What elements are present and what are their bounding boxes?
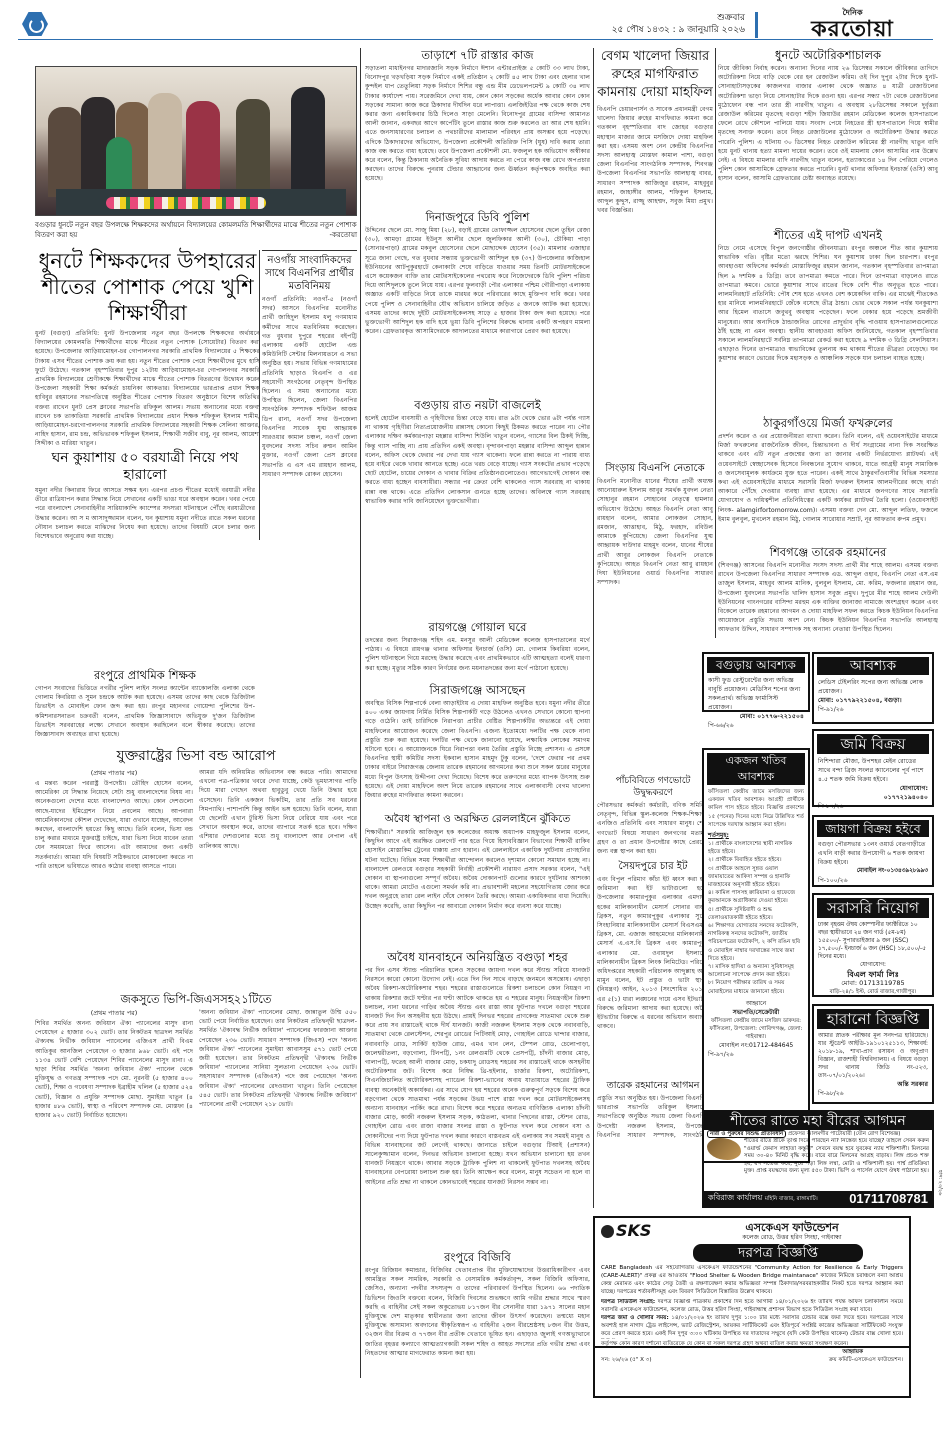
ad-title: একজন খতিব আবশ্যক [707,753,805,785]
tarash-headline: তাড়াশে ৭টি রাস্তার কাজ [365,48,590,62]
column-rule [360,48,361,1378]
ad-sks-tender: SKS এসকেএস ফাউন্ডেশন কলেজ রোড, উত্তর হরি… [593,1216,911,1348]
ad-land-sale: জমি বিক্রয় নিশিন্দারা মৌজা, উপশহর মেইন … [812,729,934,807]
dinajpur-body: উদ্দিনের ছেলে মো. সাজু মিয়া (২৮), বড়াই… [365,226,590,398]
fog-headline: ঘন কুয়াশায় ৫০ বরযাত্রী নিয়ে পথ হারালো [35,450,255,484]
raiganj-body: তদন্তের জন্য সিরাজগঞ্জ শহিদ এম. মনসুর আল… [365,636,590,682]
ad-condition-item: ৩। প্রার্থীকে আহলে সুন্নত ওয়াল জামায়াত… [708,865,804,890]
thakurgaon-headline: ঠাকুরগাঁওয়ে মির্জা ফখরুলের [718,416,938,430]
cold-body: নিচে নেমে এসেছে বিপুল জনগোষ্ঠীর জীবনযাত্… [718,244,938,414]
jakasu-article: জকসুতে ভিপি-জিএসসহ২১টিতে (প্রথম পাতার পর… [35,992,357,1439]
photo-credit: -করতোয়া [329,230,357,240]
tarek-arrival-headline: তারেক রহমানের আগমন [597,1080,709,1092]
rangpur-bgb-article: রংপুরে বিজিবি রংপুর রিজিয়ন কমান্ডার, বি… [365,1250,590,1376]
railway-headline: অবৈধ স্থাপনা ও অরক্ষিত রেললাইনে ঝুঁকিতে [365,812,590,826]
column-rule [593,48,594,1208]
vehicles-body: পর দিন এসব স্ট্যান্ড পরিচালিত হলেও সড়কে… [365,966,590,1206]
ad-title: হারানো বিজ্ঞপ্তি [817,1009,929,1029]
khaleda-body: বিএনপি চেয়ারপার্সন ও সাবেক প্রধানমন্ত্র… [597,105,713,345]
brand-wordmark: দৈনিক করতোয়া [770,8,935,40]
column-rule [715,48,716,638]
date: ২৫ পৌষ ১৪৩২ : ৯ জানুয়ারি ২০২৬ [612,24,745,36]
weekday: শুক্রবার [612,12,745,24]
raiganj-article: রায়গঞ্জে গোয়াল ঘরে তদন্তের জন্য সিরাজগ… [365,620,590,682]
ad-bogura-wanted: বগুড়ায় আবশ্যক কাসী ফুড রেস্টুরেন্টের জ… [702,652,810,712]
ad-wanted: আবশ্যক লেডিস টেইলরিং সপের জন্য অভিজ্ঞ লো… [812,652,934,724]
ad-code: পি-৮৭/২৬ [818,802,928,811]
masthead: শুক্রবার ২৫ পৌষ ১৪৩২ : ৯ জানুয়ারি ২০২৬ … [0,0,945,40]
dhunat-auto-article: ধুনটে অটোরিকশাচালক নিয়ে জীবিকা নির্বাহ … [718,48,938,224]
shibganj-body: (শিবগঞ্জ) আসনের বিএনপি মনোনীত সংসদ সদস্য… [718,561,938,641]
ad-phone: ০১৭৭২১৯৪০৪০ [818,793,928,802]
ad-khatib-wanted: একজন খতিব আবশ্যক ফাঁসিতলা কেন্দ্রীয় জাম… [702,748,810,1163]
ad-conditions-list: ১। প্রার্থীকে বাংলাদেশের স্থায়ী নাগরিক … [708,840,804,996]
rangpur-teacher-body: গোপন সংবাদের ভিত্তিতে নগরীর পুলিশ লাইন স… [35,684,255,740]
ad-condition-item: ১। প্রার্থীকে বাংলাদেশের স্থায়ী নাগরিক … [708,840,804,856]
ad-title: জায়গা বিক্রয় হইবে [817,820,929,837]
ad-body: আমার স্নাতক পরীক্ষার মূল সনদপত্র হারিয়ে… [818,1032,928,1080]
lead-headline: ধুনটে শিক্ষকদের উপহারের শীতের পোশাক পেয়… [35,248,260,326]
ad-condition-item: ৫। প্রার্থীকে সুদিষ্টবাদী ও শুদ্ধ তেলাওয… [708,906,804,922]
us-visa-body-right: আমরা যদি অনিয়মিত অভিবাসন বন্ধ করতে পারি… [199,768,357,993]
photo-caption: বগুড়ার ধুনটে নতুন বছর উপলক্ষে শিক্ষকদের… [35,220,357,240]
dhunat-auto-body: নিয়ে জীবিকা নির্বাহ করেন। অন্যান্য দিনে… [718,64,938,224]
ad-code: পি-৬৬/২৬ [708,721,804,730]
cold-headline: শীতের এই দাপট এখনই [718,228,938,242]
ad-signoff: ক্রয় কমিটি-এসকেএস ফাউন্ডেশন। [829,1356,903,1364]
ad-conditions-label: শর্তসমূহ: [708,831,804,840]
ad-sks-tender-footer: কর্তৃপক্ষ কোন কারণ দর্শানো ব্যতিরেকে যে … [593,1340,911,1398]
ad-phone: মোবা: 01713119785 [818,979,928,988]
ad-phone: মোবা: ০১৭৭৬-২২১৫০৪ [708,712,804,721]
bogura-gas-body: হলেই হোটেল ব্যবসায়ী ও গৃহিণীদের চিন্তা … [365,414,590,614]
ad-company: বিএল ফার্মা লিঃ [818,970,928,979]
ad-contact-label: যোগাযোগ: [818,784,928,793]
ad-title: শীতের রাতে মহা বীরের আগমন [704,1112,932,1130]
sks-org: এসকেএস ফাউন্ডেশন [681,1221,903,1234]
us-visa-kicker: (প্রথম পাতার পর) [35,768,193,779]
pachbibi-headline: পাঁচবিবিতে গণভোটে উদ্বুদ্ধকরণে [597,775,709,799]
ad-title: জমি বিক্রয় [817,734,929,754]
rangpur-teacher-headline: রংপুরে প্রাথমিক শিক্ষক [35,668,255,682]
sirajganj-headline: সিরাজগঞ্জে আসছেন [365,683,590,697]
ad-schedule-label: দরপত্র সিডিউল সংগ্রহ: [601,1299,655,1305]
ad-winter-night: শীতের রাতে মহা বীরের আগমন নারী ও পুরুষের… [702,1110,934,1208]
jakasu-kicker: (প্রথম পাতার পর) [35,1008,193,1019]
singra-body: বিএনপি মনোনীত ধানের শীষের প্রার্থী অধ্যক… [597,477,713,627]
ad-body: CARE Bangladesh এর সহযোগিতায় এসকেএস ফাউ… [601,1265,903,1299]
ad-body: ফাঁসিতলা কেন্দ্রীয় জামে মসজিদের জন্য এক… [708,788,804,829]
ad-tagline: প্রফেসর আলমগীর পাটোয়ারী (যৌন রোগ বিশেষজ… [788,1131,900,1137]
ad-body: বগুড়া পৌরসভার ১৩নং ওয়ার্ড বেতগাড়ীতে এ… [818,840,928,867]
sks-logo-text: SKS [616,1227,651,1235]
jakasu-body-right: 'অনন্য জবিয়ান ঐক্য' প্যানেলের মোছা. জান… [199,1008,357,1438]
tarek-arrival-body: প্রস্তুতি সভা অনুষ্ঠিত হয়। উপজেলা বিএনপ… [597,1094,709,1139]
lead-photo [35,66,357,216]
ad-address: ফাঁসিতলা কেন্দ্রীয় জামে মসজিদ ডাকঘর: ফা… [708,1017,804,1041]
dinajpur-article: দিনাজপুরে ডিবি পুলিশ উদ্দিনের ছেলে মো. স… [365,210,590,398]
date-block: শুক্রবার ২৫ পৌষ ১৪৩২ : ৯ জানুয়ারি ২০২৬ [612,12,745,36]
ad-phone: মোবাইল নং-০১৩৪৩৯২৮৯৯৩ [818,867,928,876]
ad-code: পি-১০০/২৬ [818,876,928,885]
ad-signoff-label: আহ্বায়ক [601,1348,903,1356]
ad-title: আবশ্যক [817,657,929,675]
ad-title: দরপত্র বিজ্ঞপ্তি [693,1244,863,1262]
vehicles-article: অবৈধ যানবাহনে অনিয়ন্ত্রিত বগুড়া শহর পর… [365,950,590,1206]
ad-condition-item: ৬। শিক্ষাগত যোগ্যতার সনদের ফটোকপি, নাগরি… [708,922,804,963]
ad-address: বাড়ি-২৪/১ ইস্ট, বোর্ড বাজার,গাজীপুর। [818,988,928,997]
dinajpur-headline: দিনাজপুরে ডিবি পুলিশ [365,210,590,224]
ad-title: বগুড়ায় আবশ্যক [707,657,805,673]
naogaon-article: নওগাঁয় সাংবাদিকদের সাথে বিএনপির প্রার্থ… [262,250,357,550]
masthead-rule [18,39,933,40]
ad-body: ঢাকা বৃহত্তম ঔষধ কোম্পানীর ফ্যাক্টরিতে ১… [818,921,928,961]
ad-body: নিশিন্দারা মৌজা, উপশহর মেইন রোডের সাথে ব… [818,757,928,784]
bogura-gas-article: বগুড়ায় রাত নয়টা বাজলেই হলেই হোটেল ব্য… [365,398,590,614]
bogura-gas-headline: বগুড়ায় রাত নয়টা বাজলেই [365,398,590,412]
railway-body: শিক্ষার্থীরা।" সরকারি আজিজুল হক কলেজের অ… [365,828,590,948]
ad-code: পি-৯৮/২৬ [818,1089,928,1098]
fog-article: ঘন কুয়াশায় ৫০ বরযাত্রী নিয়ে পথ হারালো… [35,450,255,669]
singra-headline: সিংড়ায় বিএনপি নেতাকে [597,462,713,475]
raiganj-headline: রায়গঞ্জে গোয়াল ঘরে [365,620,590,634]
pachbibi-body: পৌরসভার কর্মকর্তা কর্মচারী, বণিক সমিতির … [597,801,709,867]
vehicles-headline: অবৈধ যানবাহনে অনিয়ন্ত্রিত বগুড়া শহর [365,950,590,964]
newspaper-logo-icon [22,12,48,36]
rangpur-bgb-body: রংপুর রিজিয়ন কমান্ডার, বিজিবির খেতাবপ্র… [365,1266,590,1376]
shibganj-article: শিবগঞ্জে তারেক রহমানের (শিবগঞ্জ) আসনের ব… [718,545,938,641]
ad-direct-hire: সরাসরি নিয়োগ ঢাকা বৃহত্তম ঔষধ কোম্পানীর… [812,893,934,997]
fog-body: যমুনা নদীর কিনারায় ফিরে আসতে সক্ষম হন। … [35,486,255,669]
ad-signoff: সভাপতি/সেক্রেটারী [708,1008,804,1017]
ad-footer-address: মহিনি বাজার, রাঙ্গামাটি। [765,1196,818,1202]
ad-authority: কর্তৃপক্ষ কোন কারণ দর্শানো ব্যতিরেকে যে … [601,1340,903,1348]
ad-condition-item: ৮। নিয়োগ পরীক্ষার তারিখ ও সময় মোবাইলের… [708,979,804,995]
lead-article: ধুনটে শিক্ষকদের উপহারের শীতের পোশাক পেয়… [35,248,260,479]
khaleda-article: বেগম খালেদা জিয়ার রুহের মাগফিরাত কামনায… [597,48,713,345]
us-visa-body-left: এ মন্তব্য করেন পররাষ্ট্র উপদেষ্টা। তৌহিদ… [35,779,193,994]
ad-body: কাসী ফুড রেস্টুরেন্টের জন্য অভিজ্ঞ বাবুর… [708,676,804,712]
column-rule [259,250,260,540]
saidpur-article: সৈয়দপুরে চার ইট এবং বিপুল পরিমাণ কাঁচা … [597,860,709,1080]
ad-lost-notice: হারানো বিজ্ঞপ্তি আমার স্নাতক পরীক্ষার মূ… [812,1004,934,1104]
naogaon-headline: নওগাঁয় সাংবাদিকদের সাথে বিএনপির প্রার্থ… [262,254,357,293]
khaleda-headline: বেগম খালেদা জিয়ার রুহের মাগফিরাত কামনায… [597,48,713,102]
ad-footer-label: কবিরাজ কার্যালয় [708,1193,762,1202]
thakurgaon-body: প্রদর্শন করেন ও এর প্রয়োজনীয়তা ব্যাখ্য… [718,432,938,544]
tarek-arrival-article: তারেক রহমানের আগমন প্রস্তুতি সভা অনুষ্ঠি… [597,1080,709,1139]
jakasu-body-left: শিবির সমর্থিত অনন্য জবিয়ান ঐক্য প্যানেল… [35,1019,193,1439]
sirajganj-article: সিরাজগঞ্জে আসছেন অবস্থিত বিসিক শিল্পপার্… [365,683,590,809]
ad-condition-item: ৪। কামিল পাসসহ ক্বারিয়ানা ও হাফেজে কুরআ… [708,889,804,905]
singra-article: সিংড়ায় বিএনপি নেতাকে বিএনপি মনোনীত ধান… [597,462,713,627]
flower-decoration [106,197,266,209]
divider [755,12,758,38]
cold-article: শীতের এই দাপট এখনই নিচে নেমে এসেছে বিপুল… [718,228,938,414]
railway-article: অবৈধ স্থাপনা ও অরক্ষিত রেললাইনে ঝুঁকিতে … [365,812,590,948]
ad-body: শীতের রাতে স্ত্রীকে তৃপ্তি দিতে পারছেন ন… [744,1138,929,1186]
ad-side-code: হাস: ২৩/২৬ [936,1170,944,1195]
us-visa-article: যুক্তরাষ্ট্রের ভিসা বন্ড আরোপ (প্রথম পাত… [35,748,357,994]
ad-signoff-label: আহ্বানে [708,999,804,1008]
ad-title: সরাসরি নিয়োগ [817,898,929,918]
us-visa-headline: যুক্তরাষ্ট্রের ভিসা বন্ড আরোপ [35,748,357,765]
saidpur-headline: সৈয়দপুরে চার ইট [597,860,709,873]
tarash-body: সড়াতলা মাধাইনগর মাদারজানি সড়ক নির্মাণে… [365,64,590,212]
ad-place-sale: জায়গা বিক্রয় হইবে বগুড়া পৌরসভার ১৩নং … [812,815,934,887]
rangpur-teacher-article: রংপুরে প্রাথমিক শিক্ষক গোপন সংবাদের ভিত্… [35,668,255,740]
sks-address: কলেজ রোড, উত্তর হরিণ সিংহা, গাইবান্ধা [681,1234,903,1242]
rangpur-bgb-headline: রংপুরে বিজিবি [365,1250,590,1264]
ad-signer: অন্তি সরকার [818,1080,928,1089]
shibganj-headline: শিবগঞ্জে তারেক রহমানের [718,545,938,559]
brand-name: করতোয়া [770,18,935,40]
sks-logo-icon [601,1225,614,1238]
caption-text: বগুড়ার ধুনটে নতুন বছর উপলক্ষে শিক্ষকদের… [35,221,357,239]
pachbibi-article: পাঁচবিবিতে গণভোটে উদ্বুদ্ধকরণে পৌরসভার ক… [597,775,709,867]
ad-code: পি-৯১/২৬ [818,705,928,714]
sks-logo: SKS [601,1225,681,1238]
ad-tag: নারী ও পুরুষের বিশুদ্ধ প্রতিবিধান [707,1130,786,1138]
ad-submit-label: দরপত্র জমা ও খোলার সময়: [601,1315,669,1321]
ad-contact-label: যোগাযোগ: [818,961,928,970]
dhunat-auto-headline: ধুনটে অটোরিকশাচালক [718,48,938,62]
tiger-icon [707,1138,741,1160]
jakasu-headline: জকসুতে ভিপি-জিএসসহ২১টিতে [35,992,357,1006]
ad-phone: মোবাইল নং:01712-484645 [708,1041,804,1050]
ad-code: পি-৯৭/২৬ [708,1050,804,1059]
naogaon-body: নওগাঁ প্রতিনিধি: নওগাঁ-৫ (নওগাঁ সদর) আসন… [262,295,357,550]
ad-condition-item: ৭। মাসিক হাদিয়া ও অন্যান্য সুবিধাসমূহ আ… [708,963,804,979]
ad-code: সন: ২৬/২৬ (৫" X ৩) [601,1356,652,1364]
tarash-article: তাড়াশে ৭টি রাস্তার কাজ সড়াতলা মাধাইনগর… [365,48,590,212]
ad-body: লেডিস টেইলরিং সপের জন্য অভিজ্ঞ লোক প্রয়… [818,678,928,696]
ad-phone: 01711708781 [849,1191,928,1206]
saidpur-body: এবং বিপুল পরিমাণ কাঁচা ইট ধ্বংস করা হয়।… [597,875,709,1080]
sirajganj-body: অবস্থিত বিসিক শিল্পপার্কে বেলা আড়াইটায়… [365,699,590,809]
thakurgaon-article: ঠাকুরগাঁওয়ে মির্জা ফখরুলের প্রদর্শন করে… [718,416,938,544]
ad-condition-item: ২। প্রার্থীকে বিবাহিত হইতে হইবে। [708,856,804,864]
ad-phone: মোবা: ০১৭৭৯২২১৫০৪, বগুড়া। [818,696,928,705]
